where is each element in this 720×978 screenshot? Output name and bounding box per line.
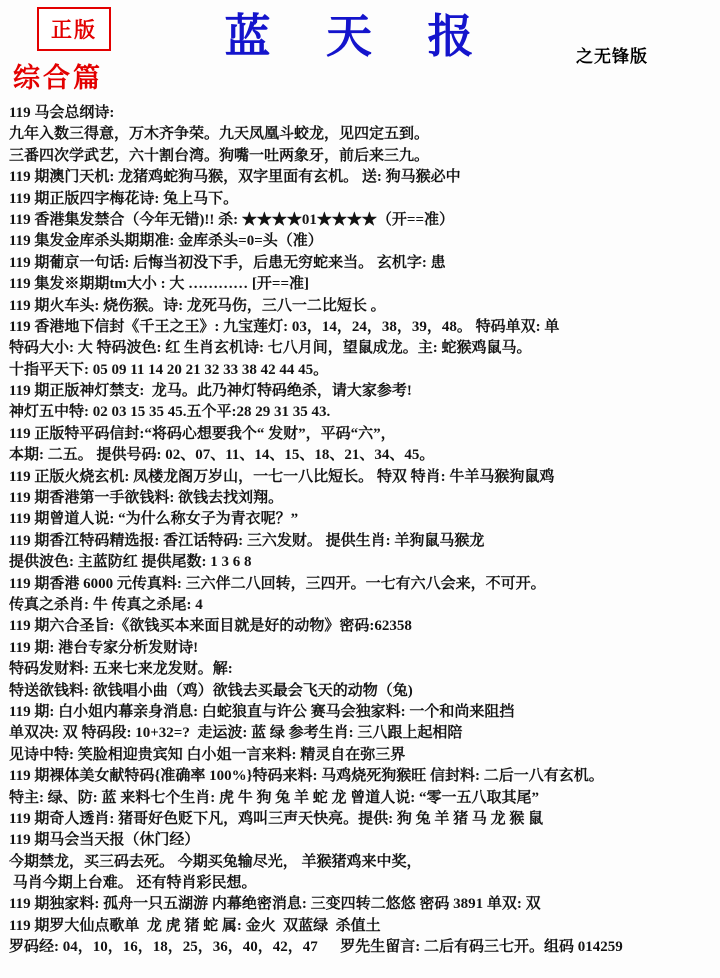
text-line: 传真之杀肖: 牛 传真之杀尾: 4 [9,595,714,616]
text-line: 119 期火车头: 烧伤猴。诗: 龙死马伤，三八一二比短长 。 [9,296,714,317]
text-line: 119 香港集发禁合（今年无错)!! 杀: ★★★★01★★★★（开==准） [9,210,714,231]
newspaper-page: 正版 蓝 天 报 之无锋版 综合篇 119 马会总纲诗:九年入数三得意，万木齐争… [0,0,720,978]
text-line: 119 期: 白小姐内幕亲身消息: 白蛇狼直与许公 赛马会独家料: 一个和尚来阻… [9,702,714,723]
text-line: 罗码经: 04，10，16，18，25，36，40，42，47 罗先生留言: 二… [9,937,714,958]
text-line: 马肖今期上台难。 还有特肖彩民想。 [9,873,714,894]
text-line: 特码大小: 大 特码波色: 红 生肖玄机诗: 七八月间，望鼠成龙。主: 蛇猴鸡鼠… [9,338,714,359]
edition-label: 之无锋版 [576,42,648,67]
text-line: 119 期裸体美女献特码{准确率 100%}特码来料: 马鸡烧死狗猴旺 信封料:… [9,766,714,787]
text-line: 提供波色: 主蓝防红 提供尾数: 1 3 6 8 [9,552,714,573]
text-line: 119 期独家料: 孤舟一只五湖游 内幕绝密消息: 三变四转二悠悠 密码 389… [9,894,714,915]
text-line: 119 马会总纲诗: [9,103,714,124]
text-line: 119 期曾道人说: “为什么称女子为青衣呢？” [9,509,714,530]
text-line: 本期: 二五。 提供号码: 02、07、11、14、15、18、21、34、45… [9,445,714,466]
text-line: 119 期澳门天机: 龙猪鸡蛇狗马猴，双字里面有玄机。 送: 狗马猴必中 [9,167,714,188]
text-line: 今期禁龙，买三码去死。 今期买兔输尽光， 羊猴猪鸡来中奖， [9,852,714,873]
text-line: 119 期: 港台专家分析发财诗! [9,638,714,659]
text-line: 119 集发※期期tm大小 : 大 ………… [开==准] [9,274,714,295]
text-line: 神灯五中特: 02 03 15 35 45.五个平:28 29 31 35 43… [9,402,714,423]
text-line: 见诗中特: 笑脸相迎贵宾知 白小姐一言来料: 精灵自在弥三界 [9,745,714,766]
text-line: 119 期马会当天报（休门经） [9,830,714,851]
text-line: 119 期香港第一手欲钱料: 欲钱去找刘翔。 [9,488,714,509]
text-line: 119 期正版神灯禁支: 龙马。此乃神灯特码绝杀，请大家参考! [9,381,714,402]
text-line: 119 期香港 6000 元传真料: 三六伴二八回转，三四开。一七有六八会来，不… [9,574,714,595]
text-line: 九年入数三得意，万木齐争荣。九天凤凰斗蛟龙，见四定五到。 [9,124,714,145]
tips-text-block: 119 马会总纲诗:九年入数三得意，万木齐争荣。九天凤凰斗蛟龙，见四定五到。三番… [9,103,714,959]
text-line: 119 期罗大仙点歌单 龙 虎 猪 蛇 属: 金火 双蓝绿 杀值土 [9,916,714,937]
text-line: 119 正版特平码信封:“将码心想要我个“ 发财”，平码“六”， [9,424,714,445]
text-line: 119 集发金库杀头期期准: 金库杀头=0=头（准） [9,231,714,252]
text-line: 119 期正版四字梅花诗: 兔上马下。 [9,189,714,210]
text-line: 特码发财料: 五来七来龙发财。解: [9,659,714,680]
text-line: 119 正版火烧玄机: 凤楼龙阁万岁山，一七一八比短长。 特双 特肖: 牛羊马猴… [9,467,714,488]
text-line: 119 期葡京一句话: 后悔当初没下手，后患无穷蛇来当。 玄机字: 患 [9,253,714,274]
section-heading: 综合篇 [13,56,103,95]
text-line: 119 期六合圣旨:《欲钱买本来面目就是好的动物》密码:62358 [9,616,714,637]
text-line: 单双决: 双 特码段: 10+32=? 走运波: 蓝 绿 参考生肖: 三八跟上起… [9,723,714,744]
text-line: 119 香港地下信封《千王之王》: 九宝莲灯: 03，14，24，38，39，4… [9,317,714,338]
text-line: 三番四次学武艺，六十割台湾。狗嘴一吐两象牙，前后来三九。 [9,146,714,167]
text-line: 特送欲钱料: 欲钱唱小曲（鸡）欲钱去买最会飞天的动物（兔) [9,681,714,702]
text-line: 119 期奇人透肖: 猪哥好色贬下凡，鸡叫三声天快亮。提供: 狗 兔 羊 猪 马… [9,809,714,830]
text-line: 特主: 绿、防: 蓝 来料七个生肖: 虎 牛 狗 兔 羊 蛇 龙 曾道人说: “… [9,788,714,809]
text-line: 119 期香江特码精选报: 香江话特码: 三六发财。 提供生肖: 羊狗鼠马猴龙 [9,531,714,552]
text-line: 十指平天下: 05 09 11 14 20 21 32 33 38 42 44 … [9,360,714,381]
